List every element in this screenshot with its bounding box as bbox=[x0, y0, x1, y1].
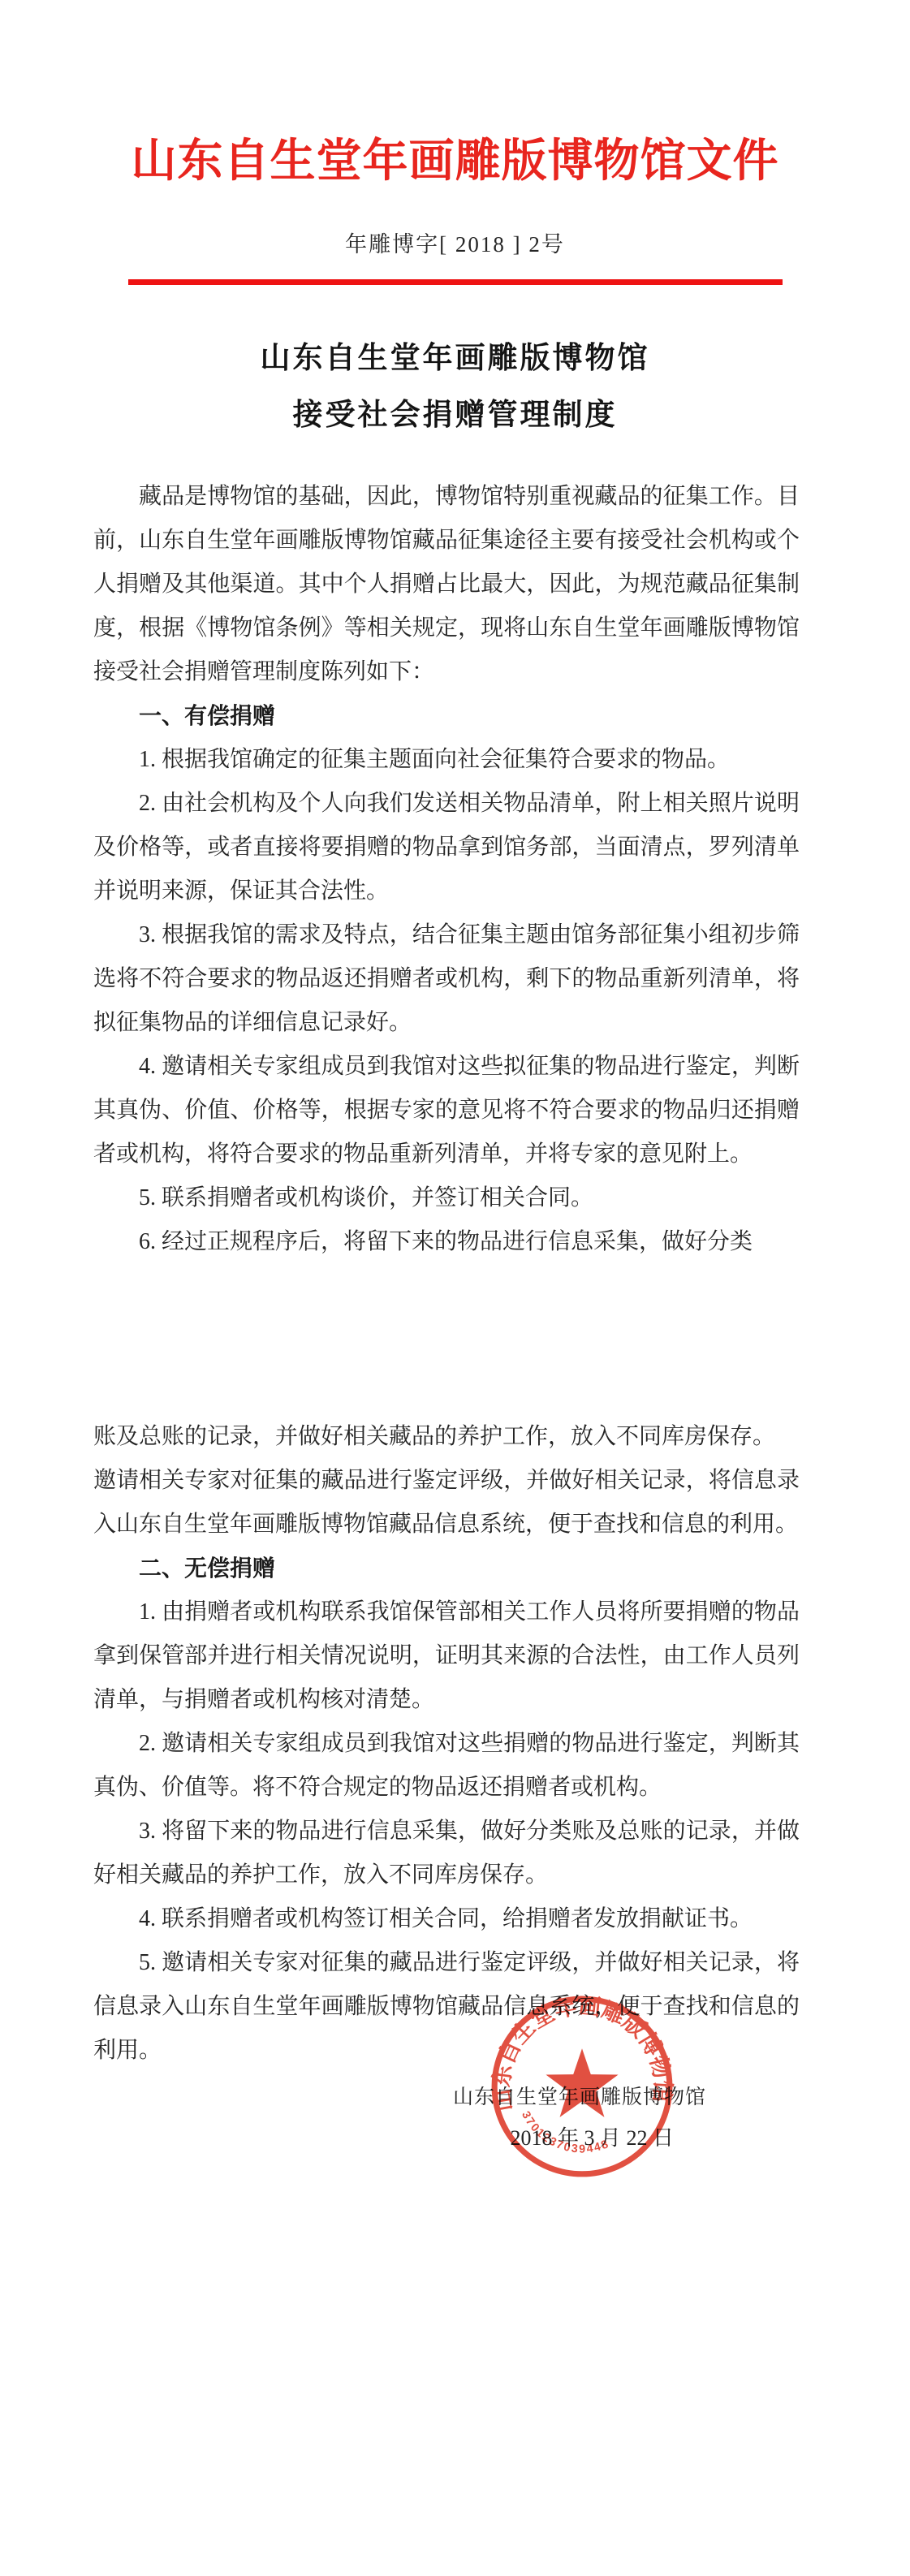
section1-item-4: 4. 邀请相关专家组成员到我馆对这些拟征集的物品进行鉴定，判断其真伪、价值、价格… bbox=[93, 1045, 800, 1176]
section2-heading: 二、无偿捐赠 bbox=[93, 1547, 800, 1590]
section1-heading: 一、有偿捐赠 bbox=[93, 694, 800, 738]
section1-item-2: 2. 由社会机构及个人向我们发送相关物品清单，附上相关照片说明及价格等，或者直接… bbox=[93, 782, 800, 913]
page1-body: 藏品是博物馆的基础，因此，博物馆特别重视藏品的征集工作。目前，山东自生堂年画雕版… bbox=[93, 475, 800, 1264]
document-page: 山东自生堂年画雕版博物馆文件 年雕博字[ 2018 ] 2号 山东自生堂年画雕版… bbox=[0, 0, 910, 2576]
continuation-paragraph-2: 邀请相关专家对征集的藏品进行鉴定评级，并做好相关记录，将信息录入山东自生堂年画雕… bbox=[93, 1459, 800, 1547]
section2-item-1: 1. 由捐赠者或机构联系我馆保管部相关工作人员将所要捐赠的物品拿到保管部并进行相… bbox=[93, 1590, 800, 1722]
section1-item-3: 3. 根据我馆的需求及特点，结合征集主题由馆务部征集小组初步筛选将不符合要求的物… bbox=[93, 913, 800, 1045]
document-title-line2: 接受社会捐赠管理制度 bbox=[0, 387, 910, 444]
page-break-gap bbox=[0, 1264, 910, 1415]
section2-item-4: 4. 联系捐赠者或机构签订相关合同，给捐赠者发放捐献证书。 bbox=[93, 1897, 800, 1941]
continuation-paragraph-1: 账及总账的记录，并做好相关藏品的养护工作，放入不同库房保存。 bbox=[93, 1415, 800, 1459]
section1-item-5: 5. 联系捐赠者或机构谈价，并签订相关合同。 bbox=[93, 1176, 800, 1220]
section1-item-6: 6. 经过正规程序后，将留下来的物品进行信息采集，做好分类 bbox=[93, 1220, 800, 1264]
section2-item-5: 5. 邀请相关专家对征集的藏品进行鉴定评级，并做好相关记录，将信息录入山东自生堂… bbox=[93, 1941, 800, 2073]
letterhead-divider-rule bbox=[128, 279, 783, 285]
section2-item-3: 3. 将留下来的物品进行信息采集，做好分类账及总账的记录，并做好相关藏品的养护工… bbox=[93, 1810, 800, 1897]
signature-block: 山东自生堂年画雕版博物馆 2018 年 3 月 22 日 bbox=[0, 2078, 910, 2159]
document-title-line1: 山东自生堂年画雕版博物馆 bbox=[0, 330, 910, 387]
letterhead-title: 山东自生堂年画雕版博物馆文件 bbox=[0, 0, 910, 190]
page2-body: 账及总账的记录，并做好相关藏品的养护工作，放入不同库房保存。 邀请相关专家对征集… bbox=[93, 1415, 800, 2073]
signature-date: 2018 年 3 月 22 日 bbox=[0, 2118, 910, 2159]
section1-item-1: 1. 根据我馆确定的征集主题面向社会征集符合要求的物品。 bbox=[93, 738, 800, 782]
intro-paragraph: 藏品是博物馆的基础，因此，博物馆特别重视藏品的征集工作。目前，山东自生堂年画雕版… bbox=[93, 475, 800, 694]
doc-number: 年雕博字[ 2018 ] 2号 bbox=[0, 231, 910, 258]
document-title: 山东自生堂年画雕版博物馆 接受社会捐赠管理制度 bbox=[0, 330, 910, 444]
signature-organization: 山东自生堂年画雕版博物馆 bbox=[0, 2078, 910, 2118]
section2-item-2: 2. 邀请相关专家组成员到我馆对这些捐赠的物品进行鉴定，判断其真伪、价值等。将不… bbox=[93, 1722, 800, 1810]
